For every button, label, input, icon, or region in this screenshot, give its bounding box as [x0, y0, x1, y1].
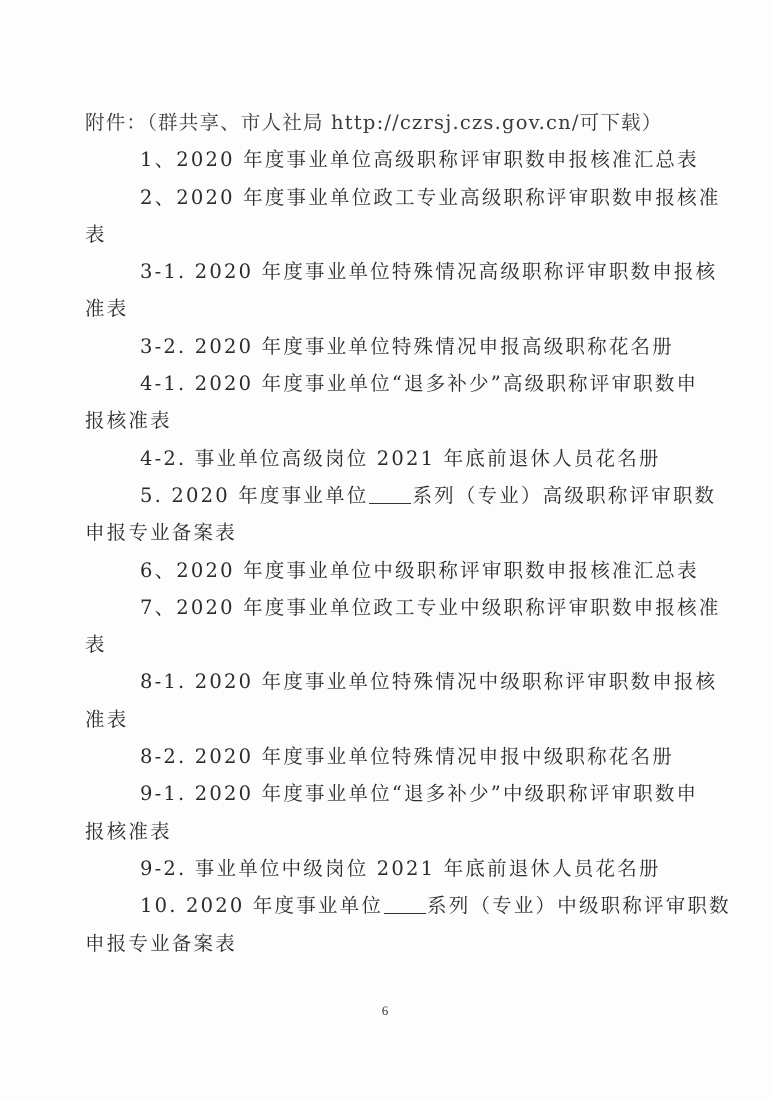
attachment-item-4-2: 4-2. 事业单位高级岗位 2021 年底前退休人员花名册 [85, 440, 688, 477]
attachment-item-8-1: 8-1. 2020 年度事业单位特殊情况中级职称评审职数申报核 [85, 663, 688, 700]
attachment-item-3-1-continuation: 准表 [85, 290, 688, 327]
attachment-item-10-suffix: 系列（专业）中级职称评审职数 [427, 894, 731, 917]
attachment-item-10: 10. 2020 年度事业单位系列（专业）中级职称评审职数 [85, 887, 688, 924]
attachment-item-8-1-continuation: 准表 [85, 701, 688, 738]
attachment-list: 附件：（群共享、市人社局 http://czrsj.czs.gov.cn/可下载… [85, 104, 688, 962]
attachment-item-10-prefix: 10. 2020 年度事业单位 [140, 894, 383, 917]
document-page: 附件：（群共享、市人社局 http://czrsj.czs.gov.cn/可下载… [0, 0, 770, 1099]
attachment-item-7: 7、2020 年度事业单位政工专业中级职称评审职数申报核准 [85, 589, 688, 626]
page-number: 6 [0, 1003, 770, 1019]
attachment-item-4-1: 4-1. 2020 年度事业单位“退多补少”高级职称评审职数申 [85, 365, 688, 402]
attachment-item-9-2: 9-2. 事业单位中级岗位 2021 年底前退休人员花名册 [85, 850, 688, 887]
attachment-item-8-2: 8-2. 2020 年度事业单位特殊情况申报中级职称花名册 [85, 738, 688, 775]
attachment-item-5-continuation: 申报专业备案表 [85, 514, 688, 551]
attachment-item-4-1-continuation: 报核准表 [85, 402, 688, 439]
fill-in-blank [369, 485, 411, 504]
attachment-item-5-prefix: 5. 2020 年度事业单位 [140, 484, 368, 507]
attachment-item-3-1: 3-1. 2020 年度事业单位特殊情况高级职称评审职数申报核 [85, 253, 688, 290]
attachment-header: 附件：（群共享、市人社局 http://czrsj.czs.gov.cn/可下载… [85, 104, 688, 141]
attachment-item-10-continuation: 申报专业备案表 [85, 925, 688, 962]
attachment-item-3-2: 3-2. 2020 年度事业单位特殊情况申报高级职称花名册 [85, 328, 688, 365]
fill-in-blank [384, 895, 426, 914]
attachment-item-5: 5. 2020 年度事业单位系列（专业）高级职称评审职数 [85, 477, 688, 514]
attachment-item-6: 6、2020 年度事业单位中级职称评审职数申报核准汇总表 [85, 552, 688, 589]
attachment-item-5-suffix: 系列（专业）高级职称评审职数 [412, 484, 716, 507]
attachment-item-9-1-continuation: 报核准表 [85, 813, 688, 850]
attachment-item-9-1: 9-1. 2020 年度事业单位“退多补少”中级职称评审职数申 [85, 775, 688, 812]
attachment-item-1: 1、2020 年度事业单位高级职称评审职数申报核准汇总表 [85, 141, 688, 178]
attachment-item-2: 2、2020 年度事业单位政工专业高级职称评审职数申报核准 [85, 179, 688, 216]
attachment-item-7-continuation: 表 [85, 626, 688, 663]
attachment-item-2-continuation: 表 [85, 216, 688, 253]
